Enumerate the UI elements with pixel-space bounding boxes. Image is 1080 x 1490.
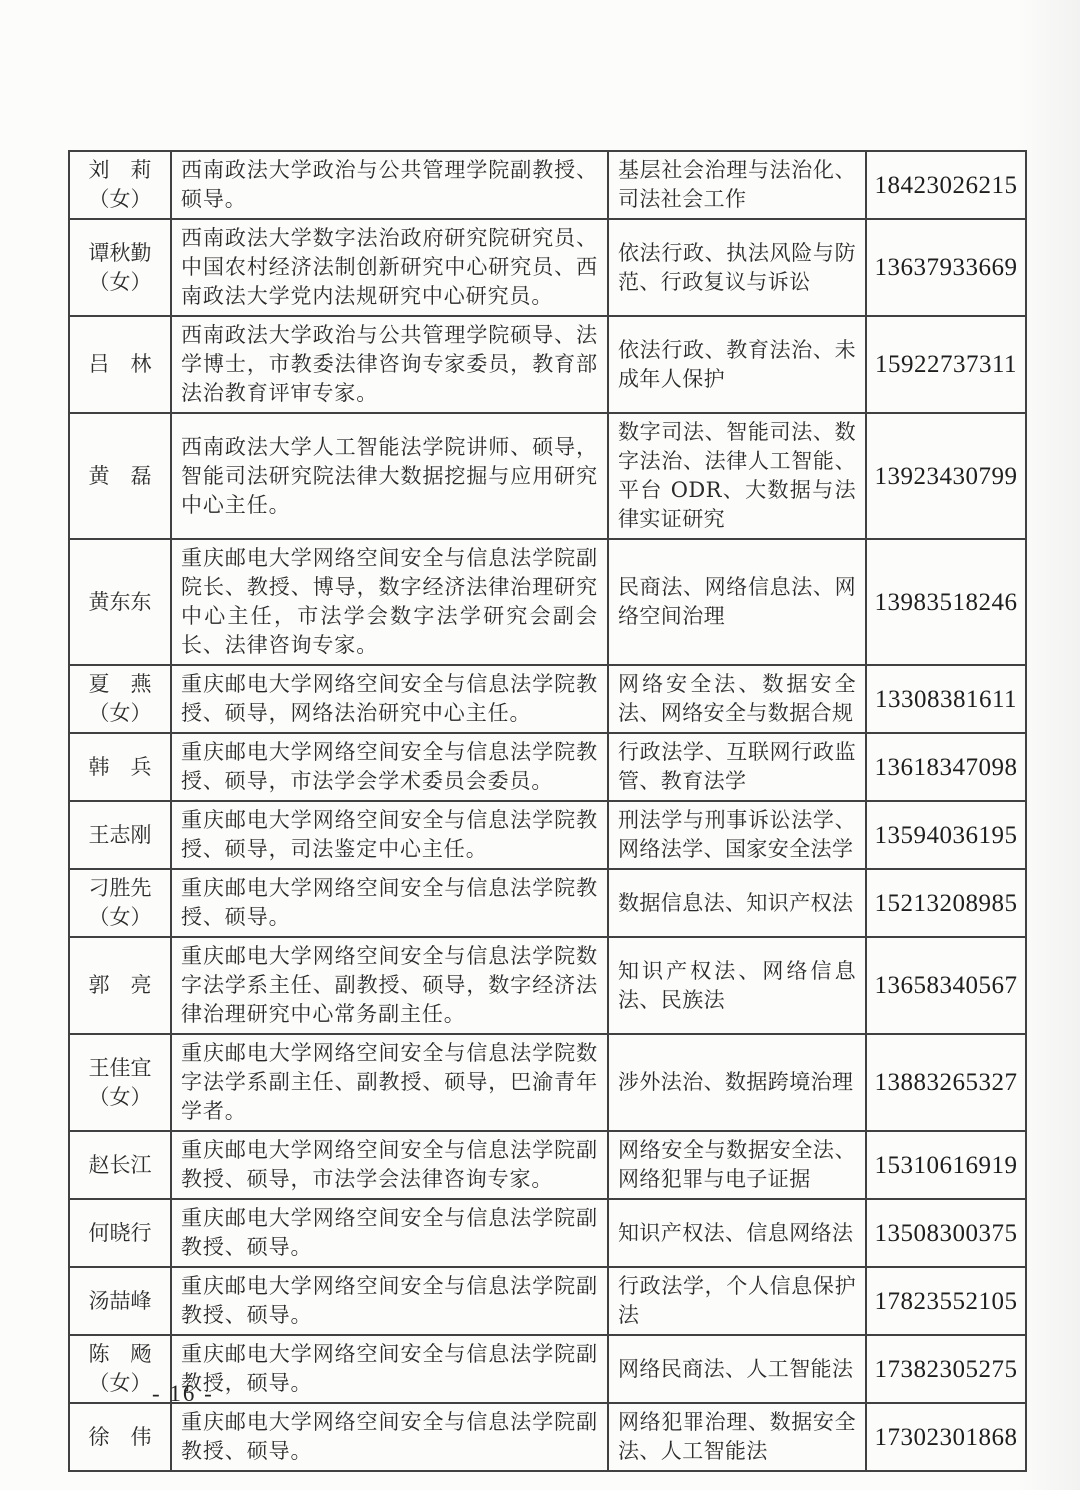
table-row: 王佳宜 （女） 重庆邮电大学网络空间安全与信息法学院数字法学系副主任、副教授、硕… <box>69 1034 1026 1131</box>
expert-title-cell: 重庆邮电大学网络空间安全与信息法学院副教授、硕导。 <box>171 1267 608 1335</box>
table-row: 汤喆峰 重庆邮电大学网络空间安全与信息法学院副教授、硕导。 行政法学，个人信息保… <box>69 1267 1026 1335</box>
expert-expertise-cell: 知识产权法、信息网络法 <box>608 1199 866 1267</box>
expert-expertise-cell: 涉外法治、数据跨境治理 <box>608 1034 866 1131</box>
table-row: 刘 莉 （女） 西南政法大学政治与公共管理学院副教授、硕导。 基层社会治理与法治… <box>69 151 1026 219</box>
expert-title-cell: 重庆邮电大学网络空间安全与信息法学院教授、硕导，网络法治研究中心主任。 <box>171 665 608 733</box>
expert-title-cell: 重庆邮电大学网络空间安全与信息法学院教授、硕导。 <box>171 869 608 937</box>
expert-name-cell: 黄 磊 <box>69 413 171 539</box>
expert-phone-cell: 15213208985 <box>866 869 1026 937</box>
expert-phone-cell: 13883265327 <box>866 1034 1026 1131</box>
expert-phone-cell: 15922737311 <box>866 316 1026 413</box>
expert-title-cell: 重庆邮电大学网络空间安全与信息法学院副教授，硕导。 <box>171 1335 608 1403</box>
expert-title-cell: 重庆邮电大学网络空间安全与信息法学院副教授、硕导，市法学会法律咨询专家。 <box>171 1131 608 1199</box>
expert-name-cell: 刘 莉 （女） <box>69 151 171 219</box>
table-row: 郭 亮 重庆邮电大学网络空间安全与信息法学院数字法学系主任、副教授、硕导，数字经… <box>69 937 1026 1034</box>
experts-table-body: 刘 莉 （女） 西南政法大学政治与公共管理学院副教授、硕导。 基层社会治理与法治… <box>69 151 1026 1471</box>
expert-phone-cell: 18423026215 <box>866 151 1026 219</box>
expert-expertise-cell: 网络民商法、人工智能法 <box>608 1335 866 1403</box>
expert-title-cell: 重庆邮电大学网络空间安全与信息法学院副教授、硕导。 <box>171 1199 608 1267</box>
expert-expertise-cell: 数据信息法、知识产权法 <box>608 869 866 937</box>
expert-expertise-cell: 网络犯罪治理、数据安全法、人工智能法 <box>608 1403 866 1471</box>
expert-name-cell: 郭 亮 <box>69 937 171 1034</box>
expert-name: 何晓行 <box>72 1219 168 1248</box>
expert-title-cell: 重庆邮电大学网络空间安全与信息法学院数字法学系主任、副教授、硕导，数字经济法律治… <box>171 937 608 1034</box>
expert-phone-cell: 13618347098 <box>866 733 1026 801</box>
table-row: 王志刚 重庆邮电大学网络空间安全与信息法学院教授、硕导，司法鉴定中心主任。 刑法… <box>69 801 1026 869</box>
expert-expertise-cell: 数字司法、智能司法、数字法治、法律人工智能、平台 ODR、大数据与法律实证研究 <box>608 413 866 539</box>
expert-expertise-cell: 行政法学，个人信息保护法 <box>608 1267 866 1335</box>
table-row: 刁胜先 （女） 重庆邮电大学网络空间安全与信息法学院教授、硕导。 数据信息法、知… <box>69 869 1026 937</box>
expert-name-cell: 黄东东 <box>69 539 171 665</box>
table-row: 赵长江 重庆邮电大学网络空间安全与信息法学院副教授、硕导，市法学会法律咨询专家。… <box>69 1131 1026 1199</box>
expert-title-cell: 西南政法大学政治与公共管理学院硕导、法学博士，市教委法律咨询专家委员，教育部法治… <box>171 316 608 413</box>
table-row: 黄东东 重庆邮电大学网络空间安全与信息法学院副院长、教授、博导，数字经济法律治理… <box>69 539 1026 665</box>
expert-name: 汤喆峰 <box>72 1287 168 1316</box>
expert-name-cell: 夏 燕 （女） <box>69 665 171 733</box>
expert-name: 谭秋勤 <box>72 239 168 268</box>
expert-name-cell: 赵长江 <box>69 1131 171 1199</box>
expert-gender: （女） <box>72 903 168 932</box>
table-row: 黄 磊 西南政法大学人工智能法学院讲师、硕导，智能司法研究院法律大数据挖掘与应用… <box>69 413 1026 539</box>
table-row: 何晓行 重庆邮电大学网络空间安全与信息法学院副教授、硕导。 知识产权法、信息网络… <box>69 1199 1026 1267</box>
expert-gender: （女） <box>72 699 168 728</box>
expert-name-cell: 汤喆峰 <box>69 1267 171 1335</box>
experts-table: 刘 莉 （女） 西南政法大学政治与公共管理学院副教授、硕导。 基层社会治理与法治… <box>68 150 1027 1472</box>
expert-phone-cell: 13308381611 <box>866 665 1026 733</box>
expert-name-cell: 刁胜先 （女） <box>69 869 171 937</box>
expert-name-cell: 徐 伟 <box>69 1403 171 1471</box>
page-number: - 16 - <box>152 1381 214 1407</box>
expert-name-cell: 王佳宜 （女） <box>69 1034 171 1131</box>
expert-phone-cell: 13508300375 <box>866 1199 1026 1267</box>
table-row: 吕 林 西南政法大学政治与公共管理学院硕导、法学博士，市教委法律咨询专家委员，教… <box>69 316 1026 413</box>
table-row: 徐 伟 重庆邮电大学网络空间安全与信息法学院副教授、硕导。 网络犯罪治理、数据安… <box>69 1403 1026 1471</box>
expert-expertise-cell: 网络安全法、数据安全法、网络安全与数据合规 <box>608 665 866 733</box>
document-page: { "page": { "number_label": "- 16 -" }, … <box>0 0 1080 1490</box>
expert-name: 韩 兵 <box>72 753 168 782</box>
table-row: 夏 燕 （女） 重庆邮电大学网络空间安全与信息法学院教授、硕导，网络法治研究中心… <box>69 665 1026 733</box>
expert-name: 陈 飏 <box>72 1340 168 1369</box>
expert-title-cell: 西南政法大学数字法治政府研究院研究员、中国农村经济法制创新研究中心研究员、西南政… <box>171 219 608 316</box>
expert-title-cell: 西南政法大学政治与公共管理学院副教授、硕导。 <box>171 151 608 219</box>
expert-name: 赵长江 <box>72 1151 168 1180</box>
expert-phone-cell: 17823552105 <box>866 1267 1026 1335</box>
expert-title-cell: 重庆邮电大学网络空间安全与信息法学院教授、硕导，市法学会学术委员会委员。 <box>171 733 608 801</box>
expert-gender: （女） <box>72 1083 168 1112</box>
expert-phone-cell: 13658340567 <box>866 937 1026 1034</box>
expert-name-cell: 何晓行 <box>69 1199 171 1267</box>
expert-name: 郭 亮 <box>72 971 168 1000</box>
expert-phone-cell: 13983518246 <box>866 539 1026 665</box>
expert-expertise-cell: 网络安全与数据安全法、网络犯罪与电子证据 <box>608 1131 866 1199</box>
expert-name: 刘 莉 <box>72 156 168 185</box>
expert-name: 王志刚 <box>72 821 168 850</box>
expert-title-cell: 重庆邮电大学网络空间安全与信息法学院数字法学系副主任、副教授、硕导，巴渝青年学者… <box>171 1034 608 1131</box>
expert-title-cell: 重庆邮电大学网络空间安全与信息法学院副院长、教授、博导，数字经济法律治理研究中心… <box>171 539 608 665</box>
expert-phone-cell: 13637933669 <box>866 219 1026 316</box>
expert-phone-cell: 13594036195 <box>866 801 1026 869</box>
table-row: 韩 兵 重庆邮电大学网络空间安全与信息法学院教授、硕导，市法学会学术委员会委员。… <box>69 733 1026 801</box>
expert-expertise-cell: 知识产权法、网络信息法、民族法 <box>608 937 866 1034</box>
expert-name: 徐 伟 <box>72 1423 168 1452</box>
expert-expertise-cell: 行政法学、互联网行政监管、教育法学 <box>608 733 866 801</box>
expert-name-cell: 王志刚 <box>69 801 171 869</box>
expert-name: 夏 燕 <box>72 670 168 699</box>
expert-phone-cell: 17302301868 <box>866 1403 1026 1471</box>
expert-name: 黄 磊 <box>72 462 168 491</box>
expert-name: 王佳宜 <box>72 1054 168 1083</box>
expert-gender: （女） <box>72 185 168 214</box>
expert-gender: （女） <box>72 268 168 297</box>
expert-name: 刁胜先 <box>72 874 168 903</box>
expert-title-cell: 重庆邮电大学网络空间安全与信息法学院副教授、硕导。 <box>171 1403 608 1471</box>
expert-name: 黄东东 <box>72 588 168 617</box>
expert-phone-cell: 15310616919 <box>866 1131 1026 1199</box>
table-row: 谭秋勤 （女） 西南政法大学数字法治政府研究院研究员、中国农村经济法制创新研究中… <box>69 219 1026 316</box>
expert-expertise-cell: 基层社会治理与法治化、司法社会工作 <box>608 151 866 219</box>
expert-name: 吕 林 <box>72 350 168 379</box>
expert-name-cell: 韩 兵 <box>69 733 171 801</box>
expert-expertise-cell: 刑法学与刑事诉讼法学、网络法学、国家安全法学 <box>608 801 866 869</box>
expert-name-cell: 谭秋勤 （女） <box>69 219 171 316</box>
expert-expertise-cell: 依法行政、教育法治、未成年人保护 <box>608 316 866 413</box>
expert-title-cell: 西南政法大学人工智能法学院讲师、硕导，智能司法研究院法律大数据挖掘与应用研究中心… <box>171 413 608 539</box>
expert-phone-cell: 17382305275 <box>866 1335 1026 1403</box>
expert-phone-cell: 13923430799 <box>866 413 1026 539</box>
expert-name-cell: 吕 林 <box>69 316 171 413</box>
expert-expertise-cell: 依法行政、执法风险与防范、行政复议与诉讼 <box>608 219 866 316</box>
expert-title-cell: 重庆邮电大学网络空间安全与信息法学院教授、硕导，司法鉴定中心主任。 <box>171 801 608 869</box>
expert-expertise-cell: 民商法、网络信息法、网络空间治理 <box>608 539 866 665</box>
